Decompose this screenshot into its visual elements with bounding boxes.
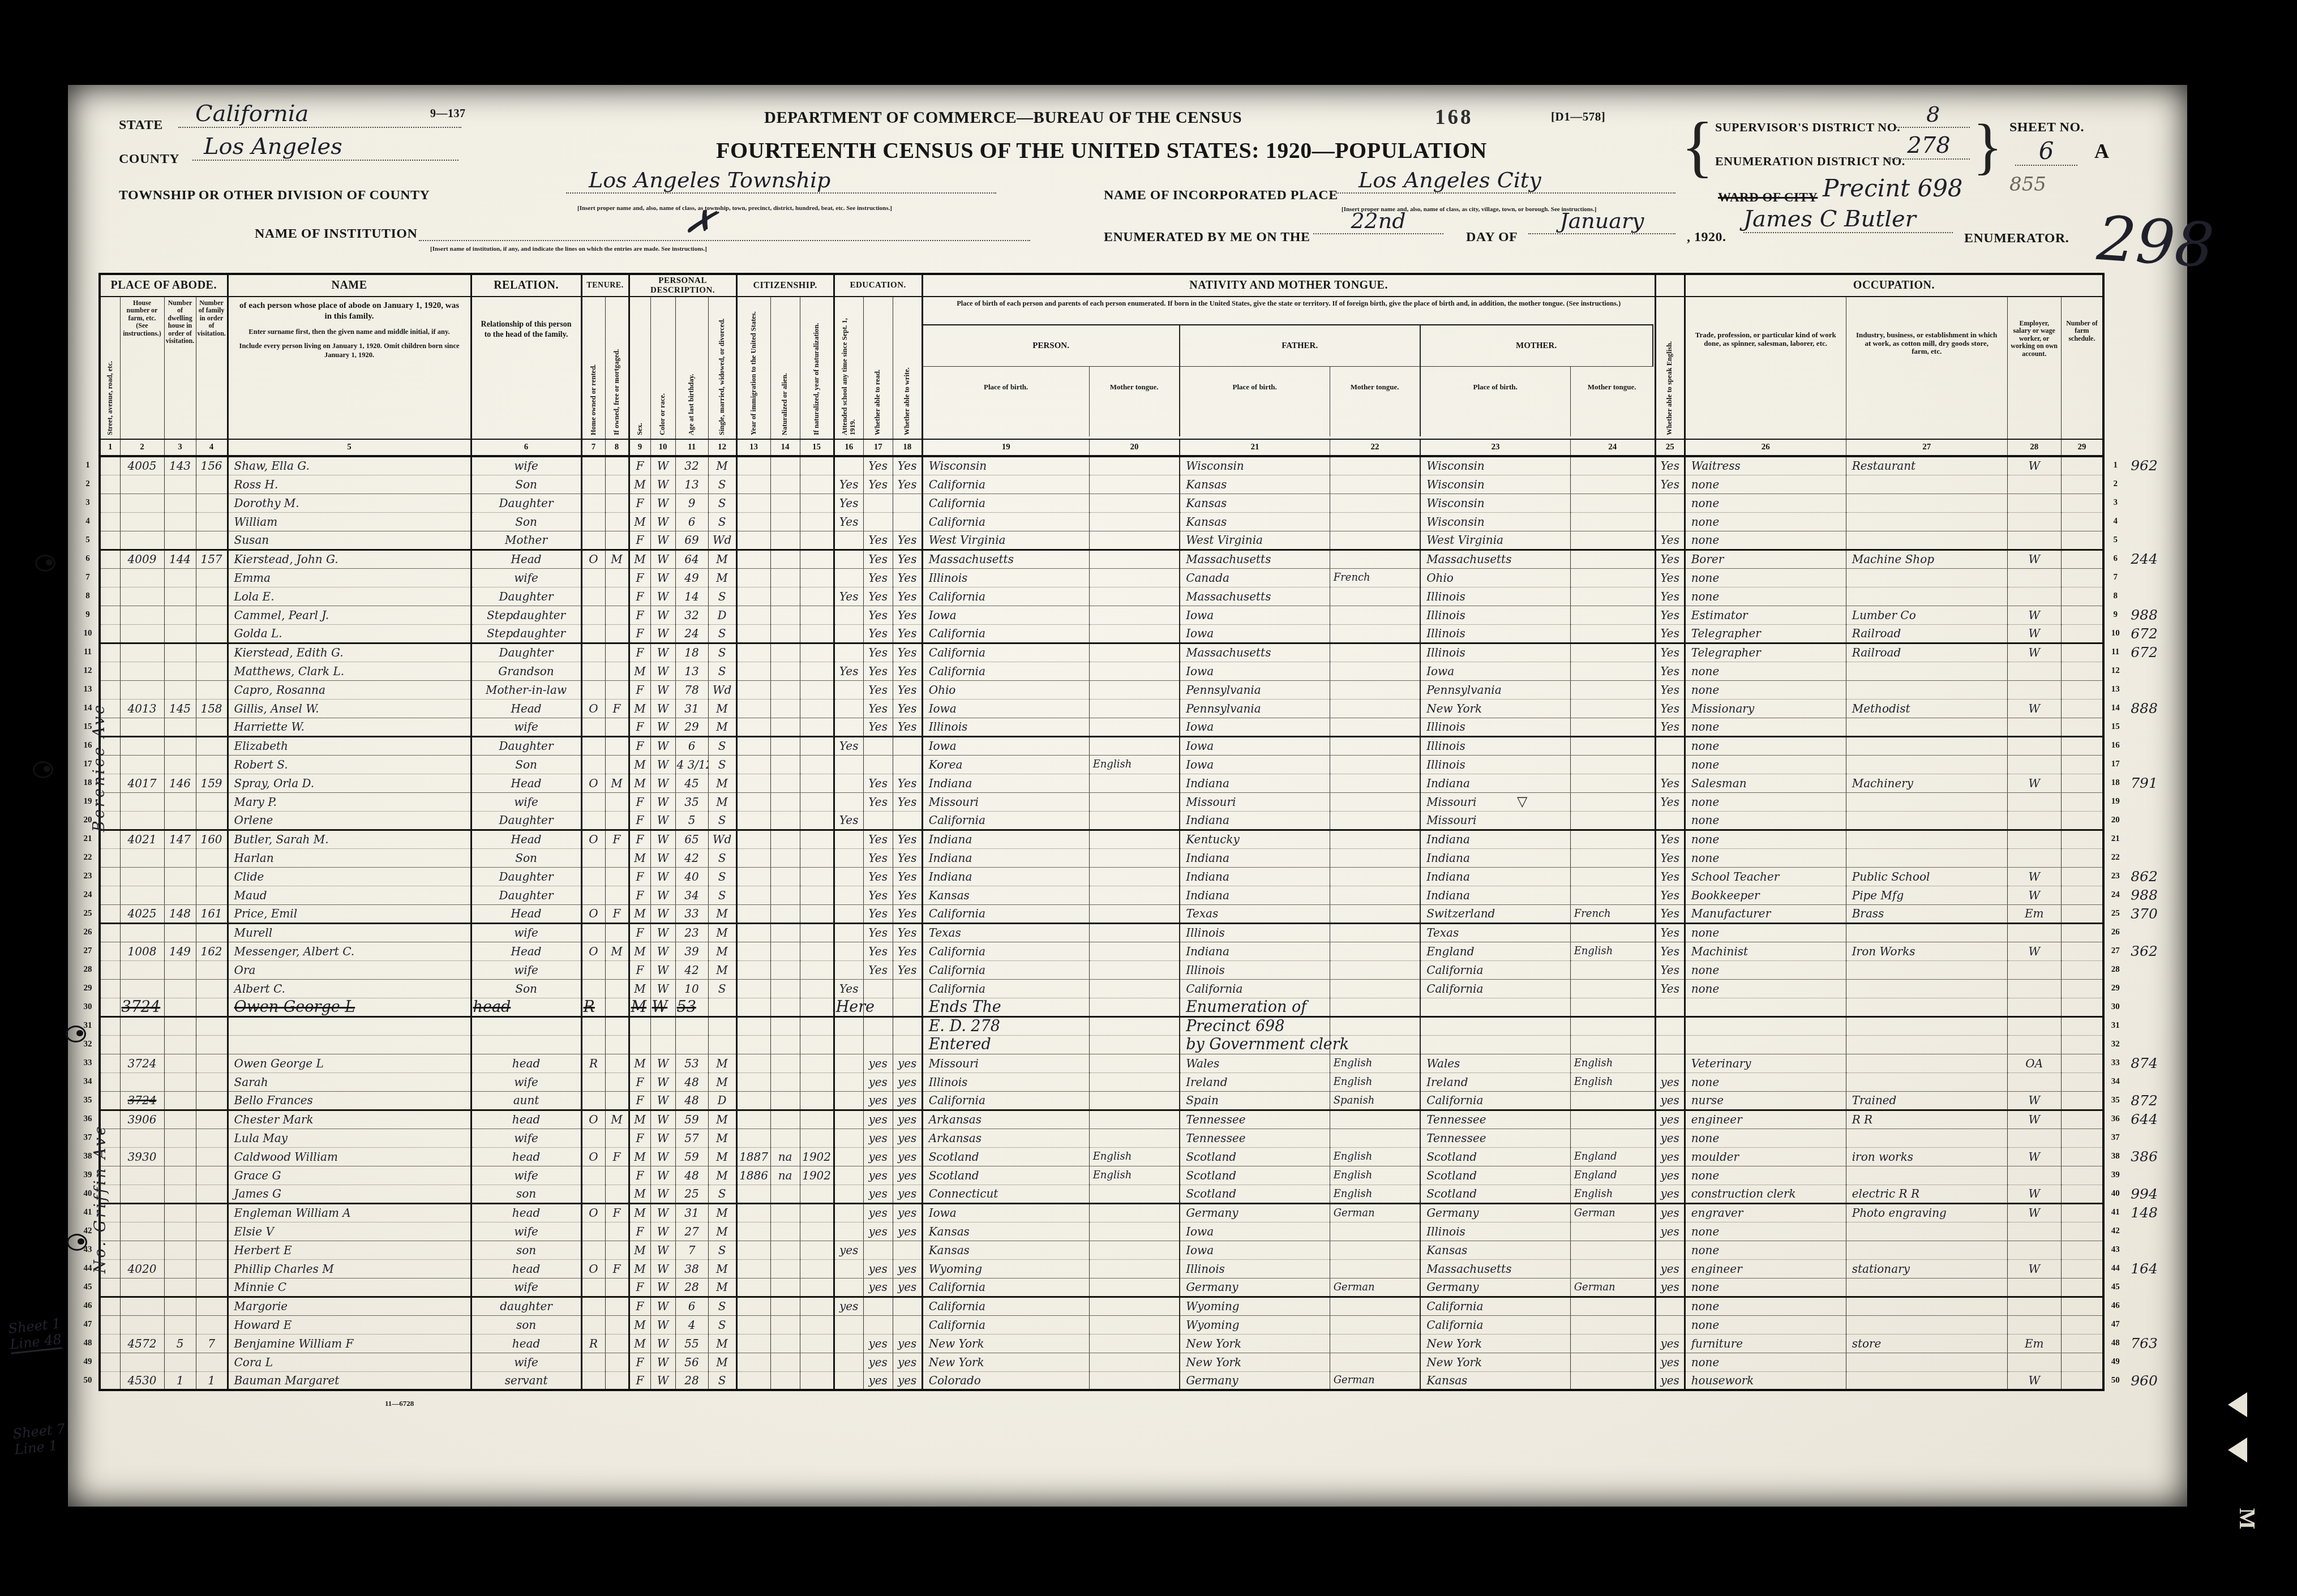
- cell-mt: [1089, 1072, 1180, 1091]
- cell-sch: Yes: [834, 494, 863, 512]
- cell-mpob: Wisconsin: [1420, 494, 1570, 512]
- cell-read: Yes: [863, 550, 893, 568]
- cell-sex: M: [629, 1054, 650, 1072]
- cell-eng: yes: [1655, 1091, 1685, 1110]
- cell-sch: [834, 699, 863, 718]
- cell-pob: Massachusetts: [922, 550, 1089, 568]
- cell-race: W: [650, 587, 675, 606]
- cell-ind: [1846, 755, 2007, 774]
- census-row: 47Howard EsonMW4SCaliforniaWyomingCalifo…: [77, 1315, 2171, 1334]
- cell-own: [581, 1315, 605, 1334]
- cell-own: [581, 456, 605, 475]
- cell-fmt: [1330, 1222, 1420, 1241]
- cell-write: Yes: [893, 550, 922, 568]
- cell-race: W: [650, 1222, 675, 1241]
- cell-imm: [736, 1297, 770, 1315]
- cell-dw: 145: [164, 699, 196, 718]
- cell-eng: [1655, 1016, 1685, 1035]
- cell-sex: M: [629, 942, 650, 960]
- cell-fam: [196, 1016, 228, 1035]
- cell-dw: [164, 587, 196, 606]
- enumerated-year: , 1920.: [1687, 230, 1726, 245]
- cell-nat: [770, 1110, 800, 1129]
- cell-write: Yes: [893, 699, 922, 718]
- cell-street: [100, 1353, 120, 1371]
- cell-ind: [1846, 475, 2007, 494]
- cell-mort: [605, 1371, 629, 1390]
- margin-code: [2126, 531, 2171, 550]
- cell-fmt: [1330, 550, 1420, 568]
- cell-dw: [164, 643, 196, 662]
- cell-occ: none: [1685, 512, 1846, 531]
- cell-mt: [1089, 979, 1180, 998]
- cell-sex: F: [629, 606, 650, 624]
- cell-fmt: [1330, 718, 1420, 736]
- cell-sex: M: [629, 550, 650, 568]
- colnum-11: 11: [675, 439, 708, 456]
- cell-nat: [770, 1035, 800, 1054]
- cell-write: [893, 998, 922, 1016]
- cell-emp: W: [2007, 1259, 2061, 1278]
- cell-ind: [1846, 811, 2007, 830]
- cell-fpob: Iowa: [1180, 624, 1330, 643]
- margin-code: 370: [2126, 904, 2171, 923]
- cell-mmt: German: [1570, 1203, 1655, 1222]
- cell-mt: [1089, 1241, 1180, 1259]
- cell-emp: [2007, 979, 2061, 998]
- cell-own: [581, 1278, 605, 1297]
- cell-emp: Em: [2007, 904, 2061, 923]
- cell-dw: [164, 1278, 196, 1297]
- cell-mmt: [1570, 848, 1655, 867]
- col10-header: Color or race.: [650, 297, 675, 439]
- cell-sch: [834, 643, 863, 662]
- cell-mpob: Wisconsin: [1420, 512, 1570, 531]
- cell-nat: [770, 494, 800, 512]
- cell-eng: yes: [1655, 1222, 1685, 1241]
- cell-rel: wife: [471, 568, 581, 587]
- cell-eng: Yes: [1655, 587, 1685, 606]
- cell-race: W: [650, 475, 675, 494]
- cell-emp: W: [2007, 886, 2061, 904]
- line-number-right: 39: [2103, 1166, 2126, 1185]
- day-of-label: DAY OF: [1466, 230, 1518, 245]
- cell-imm: [736, 1353, 770, 1371]
- cell-mt: [1089, 662, 1180, 680]
- colnum-2: 2: [120, 439, 164, 456]
- cell-race: W: [650, 1334, 675, 1353]
- cell-fpob: Indiana: [1180, 886, 1330, 904]
- cell-emp: W: [2007, 606, 2061, 624]
- col26-header: Trade, profession, or particular kind of…: [1685, 297, 1846, 439]
- cell-house: 3724: [120, 1091, 164, 1110]
- cell-fmt: [1330, 886, 1420, 904]
- cell-own: O: [581, 830, 605, 848]
- cell-mpob: Illinois: [1420, 587, 1570, 606]
- cell-write: Yes: [893, 792, 922, 811]
- line-number-right: 22: [2103, 848, 2126, 867]
- cell-eng: [1655, 512, 1685, 531]
- cell-fmt: Spanish: [1330, 1091, 1420, 1110]
- cell-age: 31: [675, 1203, 708, 1222]
- cell-sch: [834, 1315, 863, 1334]
- cell-mpob: Illinois: [1420, 1222, 1570, 1241]
- cell-fmt: [1330, 643, 1420, 662]
- cell-age: 59: [675, 1110, 708, 1129]
- cell-nat: [770, 1222, 800, 1241]
- cell-eng: [1655, 1315, 1685, 1334]
- cell-street: [100, 923, 120, 942]
- cell-sch: [834, 848, 863, 867]
- cell-mort: [605, 736, 629, 755]
- cell-occ: engraver: [1685, 1203, 1846, 1222]
- census-row: 29Albert C.SonMW10SYesCaliforniaCaliforn…: [77, 979, 2171, 998]
- cell-race: W: [650, 494, 675, 512]
- cell-mar: S: [708, 587, 736, 606]
- census-row: 144013145158Gillis, Ansel W.HeadOFMW31MY…: [77, 699, 2171, 718]
- person-subtitle: PERSON.: [923, 324, 1180, 366]
- line-number-left: 50: [77, 1371, 100, 1390]
- cell-emp: W: [2007, 1203, 2061, 1222]
- cell-sch: [834, 867, 863, 886]
- cell-race: W: [650, 1054, 675, 1072]
- cell-name: Price, Emil: [228, 904, 471, 923]
- cell-ind: [1846, 1241, 2007, 1259]
- col13-header: Year of immigration to the United States…: [736, 297, 770, 439]
- cell-house: [120, 494, 164, 512]
- line-number-right: 29: [2103, 979, 2126, 998]
- cell-age: 35: [675, 792, 708, 811]
- line-number-right: 5: [2103, 531, 2126, 550]
- cell-dw: [164, 1297, 196, 1315]
- cell-fmt: [1330, 1334, 1420, 1353]
- cell-house: [120, 568, 164, 587]
- cell-own: [581, 1371, 605, 1390]
- cell-nat: [770, 755, 800, 774]
- cell-fpob: Iowa: [1180, 1241, 1330, 1259]
- cell-nat: [770, 587, 800, 606]
- cell-race: W: [650, 531, 675, 550]
- cell-mmt: [1570, 718, 1655, 736]
- cell-mmt: [1570, 606, 1655, 624]
- cell-mmt: [1570, 998, 1655, 1016]
- cell-sex: F: [629, 1166, 650, 1185]
- cell-occ: Bookkeeper: [1685, 886, 1846, 904]
- colnum-29: 29: [2061, 439, 2103, 456]
- cell-fam: [196, 1072, 228, 1091]
- cell-read: yes: [863, 1091, 893, 1110]
- cell-mpob: [1420, 998, 1570, 1016]
- cell-farm: [2061, 456, 2103, 475]
- cell-own: O: [581, 699, 605, 718]
- cell-mmt: [1570, 475, 1655, 494]
- margin-code: [2126, 1278, 2171, 1297]
- cell-mar: D: [708, 606, 736, 624]
- line-number-right: 38: [2103, 1147, 2126, 1166]
- cell-age: 7: [675, 1241, 708, 1259]
- cell-age: 31: [675, 699, 708, 718]
- cell-mpob: New York: [1420, 1353, 1570, 1371]
- census-row: 20OrleneDaughterFW5SYesCaliforniaIndiana…: [77, 811, 2171, 830]
- cell-sex: F: [629, 1353, 650, 1371]
- cell-mpob: [1420, 1035, 1570, 1054]
- cell-sch: [834, 1091, 863, 1110]
- cell-mmt: [1570, 1259, 1655, 1278]
- col2-header: House number or farm, etc. (See instruct…: [120, 297, 164, 439]
- line-number-left: 27: [77, 942, 100, 960]
- cell-rel: head: [471, 1110, 581, 1129]
- cell-fam: [196, 1278, 228, 1297]
- cell-imm: [736, 1371, 770, 1390]
- cell-occ: none: [1685, 755, 1846, 774]
- cell-fmt: [1330, 811, 1420, 830]
- cell-sex: [629, 1035, 650, 1054]
- cell-race: W: [650, 830, 675, 848]
- cell-ind: [1846, 830, 2007, 848]
- cell-fpob: Scotland: [1180, 1185, 1330, 1203]
- cell-read: Yes: [863, 456, 893, 475]
- census-row: 444020Phillip Charles MheadOFMW38Myesyes…: [77, 1259, 2171, 1278]
- cell-farm: [2061, 662, 2103, 680]
- cell-mt: [1089, 1185, 1180, 1203]
- cell-dw: 147: [164, 830, 196, 848]
- cell-mmt: [1570, 774, 1655, 792]
- margin-code: [2126, 680, 2171, 699]
- cell-fam: [196, 568, 228, 587]
- cell-house: [120, 886, 164, 904]
- cell-dw: [164, 960, 196, 979]
- cell-mmt: [1570, 1129, 1655, 1147]
- cell-mmt: English: [1570, 1185, 1655, 1203]
- cell-farm: [2061, 755, 2103, 774]
- cell-rel: daughter: [471, 1297, 581, 1315]
- cell-house: 4009: [120, 550, 164, 568]
- cell-mar: M: [708, 1129, 736, 1147]
- cell-house: [120, 718, 164, 736]
- cell-mt: [1089, 1259, 1180, 1278]
- cell-fpob: Germany: [1180, 1278, 1330, 1297]
- cell-sex: M: [629, 1241, 650, 1259]
- cell-eng: Yes: [1655, 867, 1685, 886]
- cell-mar: S: [708, 979, 736, 998]
- cell-mmt: [1570, 736, 1655, 755]
- cell-sch: [834, 1334, 863, 1353]
- cell-emp: [2007, 998, 2061, 1016]
- cell-mpob: Germany: [1420, 1278, 1570, 1297]
- cell-imm: [736, 923, 770, 942]
- cell-race: W: [650, 699, 675, 718]
- line-number-left: 3: [77, 494, 100, 512]
- cell-occ: [1685, 998, 1846, 1016]
- cell-ind: [1846, 1315, 2007, 1334]
- cell-imm: [736, 1222, 770, 1241]
- census-row: 271008149162Messenger, Albert C.HeadOMMW…: [77, 942, 2171, 960]
- cell-rel: head: [471, 1334, 581, 1353]
- cell-race: W: [650, 1259, 675, 1278]
- cell-sch: [834, 1129, 863, 1147]
- cell-eng: Yes: [1655, 624, 1685, 643]
- cell-mmt: [1570, 867, 1655, 886]
- cell-read: [863, 1035, 893, 1054]
- cell-fam: [196, 1241, 228, 1259]
- cell-mt: [1089, 923, 1180, 942]
- cell-occ: Veterinary: [1685, 1054, 1846, 1072]
- cell-ind: Machine Shop: [1846, 550, 2007, 568]
- cell-eng: [1655, 811, 1685, 830]
- margin-code: [2126, 494, 2171, 512]
- cell-emp: [2007, 1072, 2061, 1091]
- cell-age: 78: [675, 680, 708, 699]
- cell-race: W: [650, 904, 675, 923]
- cell-rel: Daughter: [471, 886, 581, 904]
- cell-nat: [770, 1334, 800, 1353]
- cell-occ: Machinist: [1685, 942, 1846, 960]
- cell-sch: [834, 1278, 863, 1297]
- cell-write: yes: [893, 1054, 922, 1072]
- cell-read: Yes: [863, 942, 893, 960]
- cell-mpob: Scotland: [1420, 1185, 1570, 1203]
- cell-house: [120, 1016, 164, 1035]
- cell-write: Yes: [893, 718, 922, 736]
- cell-dw: [164, 1091, 196, 1110]
- cell-fmt: [1330, 960, 1420, 979]
- cell-occ: Waitress: [1685, 456, 1846, 475]
- col29-header: Number of farm schedule.: [2061, 297, 2103, 439]
- cell-mt: [1089, 1035, 1180, 1054]
- cell-age: 59: [675, 1147, 708, 1166]
- line-number-right: 34: [2103, 1072, 2126, 1091]
- cell-read: yes: [863, 1072, 893, 1091]
- cell-fpob: Illinois: [1180, 1259, 1330, 1278]
- cell-fpob: Illinois: [1180, 960, 1330, 979]
- cell-race: [650, 1016, 675, 1035]
- cell-street: [100, 494, 120, 512]
- cell-race: W: [650, 960, 675, 979]
- cell-name: Caldwood William: [228, 1147, 471, 1166]
- cell-read: yes: [863, 1259, 893, 1278]
- cell-sex: M: [629, 699, 650, 718]
- cell-name: Ross H.: [228, 475, 471, 494]
- cell-fmt: [1330, 1110, 1420, 1129]
- street-name-berenice: Berenice Ave: [91, 515, 108, 832]
- cell-fam: 157: [196, 550, 228, 568]
- cell-natyr: [800, 624, 834, 643]
- line-number-right: 10: [2103, 624, 2126, 643]
- cell-dw: [164, 1315, 196, 1334]
- cell-read: Yes: [863, 699, 893, 718]
- cell-street: [100, 1334, 120, 1353]
- cell-natyr: [800, 699, 834, 718]
- cell-name: Gillis, Ansel W.: [228, 699, 471, 718]
- line-number-header-right: [2103, 274, 2126, 456]
- cell-write: yes: [893, 1203, 922, 1222]
- cell-dw: [164, 1129, 196, 1147]
- cell-natyr: [800, 1353, 834, 1371]
- cell-ind: Machinery: [1846, 774, 2007, 792]
- cell-imm: [736, 624, 770, 643]
- cell-eng: [1655, 1297, 1685, 1315]
- margin-code: [2126, 662, 2171, 680]
- cell-own: [581, 1035, 605, 1054]
- cell-ind: [1846, 662, 2007, 680]
- colnum-18: 18: [893, 439, 922, 456]
- cell-eng: yes: [1655, 1334, 1685, 1353]
- cell-mar: M: [708, 942, 736, 960]
- cell-pob: California: [922, 512, 1089, 531]
- cell-house: [120, 624, 164, 643]
- cell-rel: Head: [471, 904, 581, 923]
- colnum-22: 22: [1330, 439, 1420, 456]
- cell-street: [100, 475, 120, 494]
- census-row: 24MaudDaughterFW34SYesYesKansasIndianaIn…: [77, 886, 2171, 904]
- cell-imm: [736, 1278, 770, 1297]
- margin-code: [2126, 736, 2171, 755]
- cell-read: yes: [863, 1129, 893, 1147]
- cell-age: 40: [675, 867, 708, 886]
- cell-write: [893, 811, 922, 830]
- cell-read: Yes: [863, 923, 893, 942]
- cell-ind: [1846, 568, 2007, 587]
- cell-mort: F: [605, 830, 629, 848]
- cell-own: [581, 718, 605, 736]
- cell-mar: M: [708, 1278, 736, 1297]
- cell-imm: [736, 680, 770, 699]
- cell-fam: [196, 755, 228, 774]
- cell-mar: S: [708, 512, 736, 531]
- cell-street: [100, 830, 120, 848]
- line-number-left: 22: [77, 848, 100, 867]
- cell-sex: F: [629, 456, 650, 475]
- cell-house: 3906: [120, 1110, 164, 1129]
- census-row: 303724Owen George LheadRMW53HereEnds The…: [77, 998, 2171, 1016]
- cell-pob: E. D. 278: [922, 1016, 1089, 1035]
- cell-sch: [834, 1203, 863, 1222]
- margin-code: [2126, 755, 2171, 774]
- cell-dw: [164, 512, 196, 531]
- margin-code: 994: [2126, 1185, 2171, 1203]
- cell-house: 4530: [120, 1371, 164, 1390]
- cell-fam: [196, 1110, 228, 1129]
- cell-mar: M: [708, 1203, 736, 1222]
- cell-sex: M: [629, 998, 650, 1016]
- cell-ind: [1846, 1371, 2007, 1390]
- cell-dw: [164, 1222, 196, 1241]
- cell-mpob: Indiana: [1420, 848, 1570, 867]
- cell-eng: Yes: [1655, 774, 1685, 792]
- line-number-right: 2: [2103, 475, 2126, 494]
- cell-sch: yes: [834, 1297, 863, 1315]
- col12-header: Single, married, widowed, or divorced.: [708, 297, 736, 439]
- cell-write: yes: [893, 1353, 922, 1371]
- cell-imm: [736, 942, 770, 960]
- cell-eng: [1655, 736, 1685, 755]
- cell-write: Yes: [893, 680, 922, 699]
- cell-ind: Trained: [1846, 1091, 2007, 1110]
- cell-race: W: [650, 1166, 675, 1185]
- cell-age: 65: [675, 830, 708, 848]
- cell-rel: son: [471, 1315, 581, 1334]
- line-number-right: 47: [2103, 1315, 2126, 1334]
- cell-imm: [736, 736, 770, 755]
- cell-name: Phillip Charles M: [228, 1259, 471, 1278]
- cell-fpob: Iowa: [1180, 736, 1330, 755]
- cell-dw: [164, 886, 196, 904]
- cell-occ: School Teacher: [1685, 867, 1846, 886]
- cell-fpob: Wisconsin: [1180, 456, 1330, 475]
- cell-nat: [770, 998, 800, 1016]
- margin-code: 872: [2126, 1091, 2171, 1110]
- margin-code: [2126, 587, 2171, 606]
